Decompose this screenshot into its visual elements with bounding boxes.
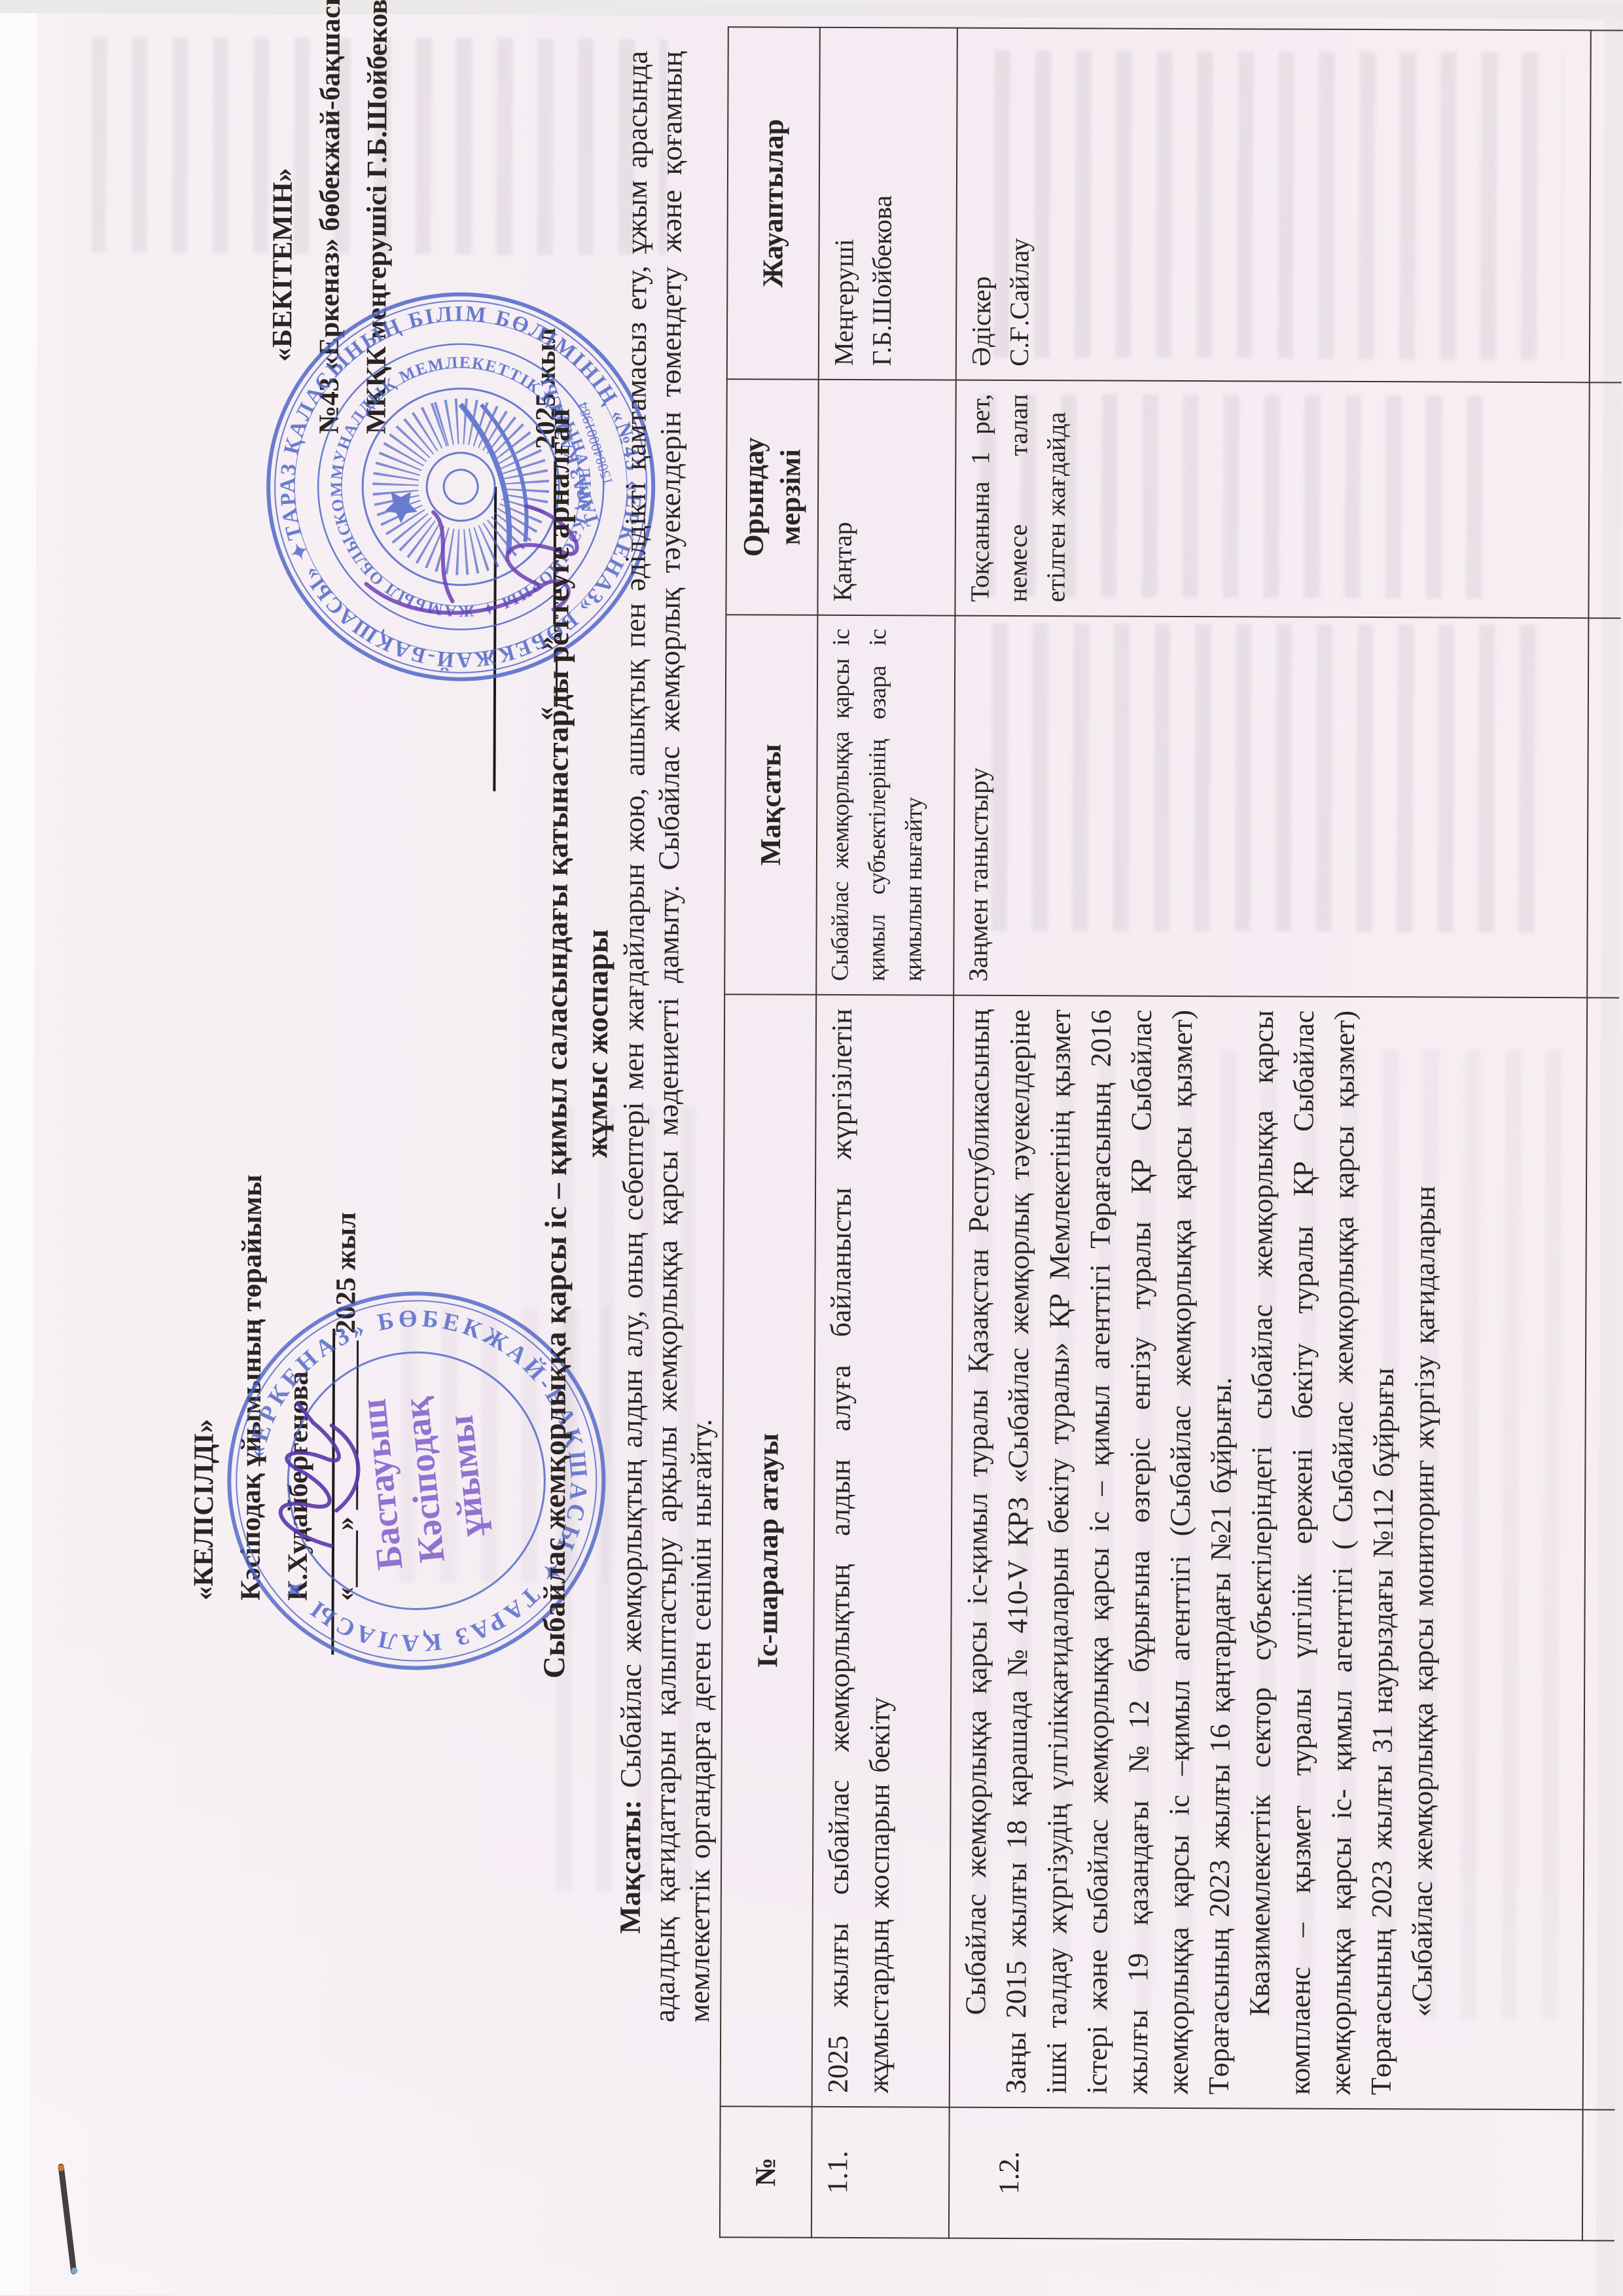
agreed-signature [253, 1373, 384, 1557]
goal-label: Мақсаты: [614, 1800, 647, 1934]
row-1-2-activity: Сыбайлас жемқорлыққа қарсы іс-қимыл тура… [950, 996, 1588, 2110]
document-title-line1: Сыбайлас жемқорлыққа қарсы іс – қимыл са… [533, 65, 580, 2022]
header-num: № [720, 2106, 812, 2238]
row-1-1-num: 1.1. [811, 2107, 950, 2238]
document-page: «КЕЛІСІЛДІ» Кәсіподақ ұйымының төрайымы … [0, 0, 1623, 2296]
row-1-2-term: Тоқсанына 1 рет, немесе талап етілген жа… [955, 380, 1589, 619]
goal-paragraph: Мақсаты: Сыбайлас жемқорлықтың алдын алу… [613, 51, 724, 2023]
row-1-1-term: Қаңтар [817, 380, 955, 616]
pen-mark-artifact [52, 2159, 85, 2276]
header-activity: Іс-шаралар атауы [721, 994, 817, 2107]
row-1-1-activity: 2025 жылғы сыбайлас жемқорлықтың алдын а… [812, 995, 954, 2108]
document-title: Сыбайлас жемқорлыққа қарсы іс – қимыл са… [533, 65, 621, 2022]
table-header-row: № Іс-шаралар атауы Мақсаты Орындау мерзі… [720, 27, 820, 2238]
row-1-2-responsible: Әдіскер С.Ғ.Сайлау [956, 28, 1591, 383]
goal-text: Сыбайлас жемқорлықтың алдын алу, оның се… [615, 51, 718, 2023]
scan-edge-band-top [0, 0, 38, 2295]
plan-table: № Іс-шаралар атауы Мақсаты Орындау мерзі… [719, 26, 1623, 2241]
table-row: 1.1. 2025 жылғы сыбайлас жемқорлықтың ал… [811, 27, 957, 2238]
scan-edge-band-right [0, 0, 1623, 20]
header-responsible: Жауаптылар [727, 27, 820, 380]
row-1-2-goal: Заңмен таныстыру [954, 616, 1588, 998]
row-1-1-goal: Сыбайлас жемқорлыққа қарсы іс қимыл субъ… [816, 615, 955, 996]
row-1-1-responsible: Меңгеруші Г.Б.Шойбекова [819, 27, 957, 380]
header-term: Орындау мерзімі [726, 379, 818, 615]
scanned-page-frame: «КЕЛІСІЛДІ» Кәсіподақ ұйымының төрайымы … [0, 0, 1623, 2296]
header-goal: Мақсаты [724, 615, 817, 995]
table-row: 1.2. Сыбайлас жемқорлыққа қарсы іс-қимыл… [949, 28, 1591, 2241]
row-1-2-num: 1.2. [949, 2108, 1583, 2241]
